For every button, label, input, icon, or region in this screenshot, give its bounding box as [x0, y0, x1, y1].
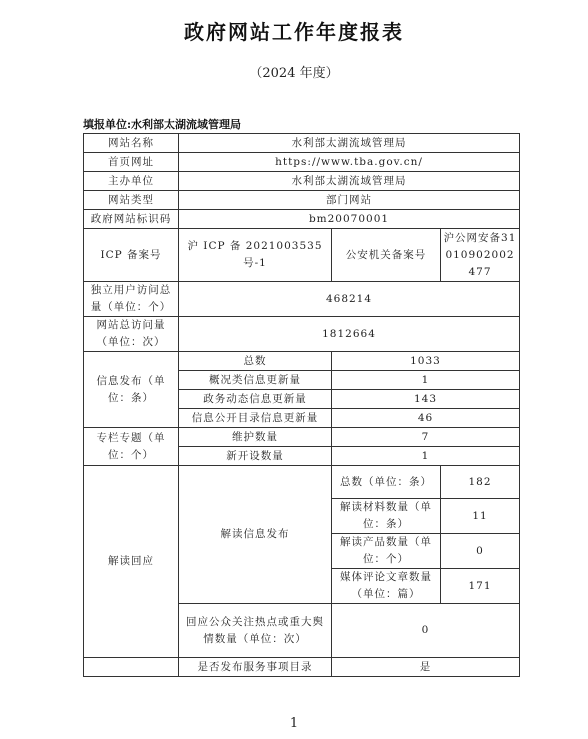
special-columns-label: 专栏专题（单位：个）	[84, 428, 179, 466]
homepage-url-label: 首页网址	[84, 153, 179, 172]
police-record-value: 沪公网安备31010902002477	[441, 229, 520, 282]
interpretation-sub-label: 解读信息发布	[179, 466, 332, 604]
site-id-code-value: bm20070001	[179, 210, 520, 229]
reporting-unit: 填报单位:水利部太湖流域管理局	[83, 116, 241, 132]
info-release-row-value: 143	[332, 390, 520, 409]
info-release-row-value: 1	[332, 371, 520, 390]
special-columns-row-label: 维护数量	[179, 428, 332, 447]
homepage-url-value: https://www.tba.gov.cn/	[179, 153, 520, 172]
site-type-value: 部门网站	[179, 191, 520, 210]
sponsor-label: 主办单位	[84, 172, 179, 191]
info-release-row-value: 46	[332, 409, 520, 428]
unique-visitors-value: 468214	[179, 282, 520, 317]
info-release-row-label: 政务动态信息更新量	[179, 390, 332, 409]
document-subtitle: （2024 年度）	[0, 62, 588, 81]
site-name-label: 网站名称	[84, 134, 179, 153]
police-record-label: 公安机关备案号	[332, 229, 441, 282]
interpretation-row-label: 解读材料数量（单位：条）	[332, 499, 441, 534]
total-visits-label: 网站总访问量（单位：次）	[84, 317, 179, 352]
info-release-row-label: 信息公开目录信息更新量	[179, 409, 332, 428]
table-row: 是否发布服务事项目录 是	[84, 658, 520, 677]
special-columns-row-label: 新开设数量	[179, 447, 332, 466]
table-row: ICP 备案号 沪 ICP 备 2021003535 号-1 公安机关备案号 沪…	[84, 229, 520, 282]
page-number: 1	[0, 716, 588, 731]
interpretation-row-value: 182	[441, 466, 520, 499]
icp-value: 沪 ICP 备 2021003535 号-1	[179, 229, 332, 282]
info-release-row-label: 概况类信息更新量	[179, 371, 332, 390]
document-title: 政府网站工作年度报表	[0, 16, 588, 45]
interpretation-row-value: 0	[441, 534, 520, 569]
unique-visitors-label: 独立用户访问总量（单位：个）	[84, 282, 179, 317]
report-table: 网站名称 水利部太湖流域管理局 首页网址 https://www.tba.gov…	[83, 133, 520, 677]
table-row: 独立用户访问总量（单位：个） 468214	[84, 282, 520, 317]
site-type-label: 网站类型	[84, 191, 179, 210]
info-release-label: 信息发布（单位：条）	[84, 352, 179, 428]
response-value: 0	[332, 604, 520, 658]
interpretation-row-label: 媒体评论文章数量（单位：篇）	[332, 569, 441, 604]
info-release-row-label: 总数	[179, 352, 332, 371]
table-row: 网站总访问量（单位：次） 1812664	[84, 317, 520, 352]
interpretation-row-value: 171	[441, 569, 520, 604]
response-label: 回应公众关注热点或重大舆情数量（单位：次）	[179, 604, 332, 658]
table-row: 主办单位 水利部太湖流域管理局	[84, 172, 520, 191]
sponsor-value: 水利部太湖流域管理局	[179, 172, 520, 191]
site-id-code-label: 政府网站标识码	[84, 210, 179, 229]
interpretation-row-label: 解读产品数量（单位：个）	[332, 534, 441, 569]
interpretation-row-value: 11	[441, 499, 520, 534]
icp-label: ICP 备案号	[84, 229, 179, 282]
service-catalog-label: 是否发布服务事项目录	[179, 658, 332, 677]
interpretation-row-label: 总数（单位：条）	[332, 466, 441, 499]
table-row: 专栏专题（单位：个） 维护数量 7	[84, 428, 520, 447]
special-columns-row-value: 1	[332, 447, 520, 466]
site-name-value: 水利部太湖流域管理局	[179, 134, 520, 153]
table-row: 信息发布（单位：条） 总数 1033	[84, 352, 520, 371]
special-columns-row-value: 7	[332, 428, 520, 447]
interpretation-label: 解读回应	[84, 466, 179, 658]
table-row: 网站类型 部门网站	[84, 191, 520, 210]
empty-cell	[84, 658, 179, 677]
table-row: 解读回应 解读信息发布 总数（单位：条） 182	[84, 466, 520, 499]
table-row: 网站名称 水利部太湖流域管理局	[84, 134, 520, 153]
table-row: 首页网址 https://www.tba.gov.cn/	[84, 153, 520, 172]
total-visits-value: 1812664	[179, 317, 520, 352]
service-catalog-value: 是	[332, 658, 520, 677]
table-row: 政府网站标识码 bm20070001	[84, 210, 520, 229]
info-release-row-value: 1033	[332, 352, 520, 371]
